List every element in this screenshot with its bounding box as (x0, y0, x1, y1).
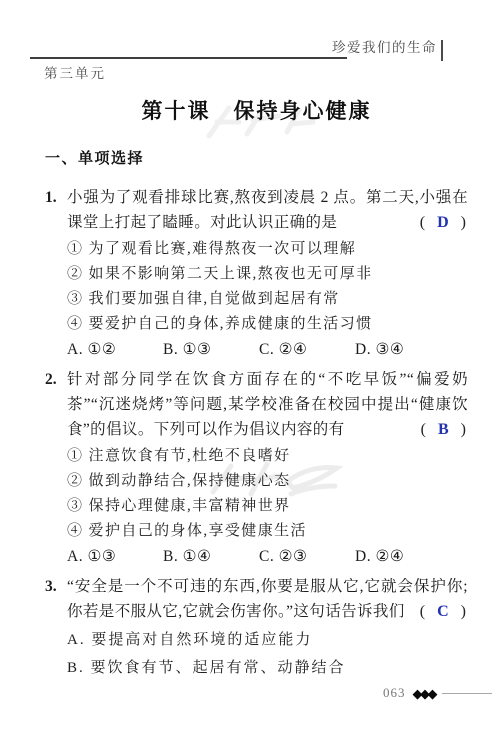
question-stem-row: 3. “安全是一个不可违的东西,你要是服从它,它就会保护你;你若是不服从它,它就… (45, 574, 468, 624)
question-stem: 针对部分同学在饮食方面存在的“不吃早饭”“偏爱奶茶”“沉迷烧烤”等问题,某学校准… (67, 367, 468, 442)
choice-d: D. ③④ (355, 337, 404, 362)
question-stem: 小强为了观看排球比赛,熬夜到凌晨 2 点。第二天,小强在课堂上打起了瞌睡。对此认… (67, 185, 468, 235)
answer-box: (D) (420, 210, 466, 235)
unit-label: 第三单元 (44, 62, 106, 82)
question-number: 1. (45, 185, 67, 235)
answer-close-paren: ) (461, 603, 466, 620)
choice-b: B. 要饮食有节、起居有常、动静结合 (67, 654, 468, 682)
stem-text: 小强为了观看排球比赛,熬夜到凌晨 2 点。第二天,小强在课堂上打起了瞌睡。对此认… (67, 189, 468, 231)
option-item: ② 做到动静结合,保持健康心态 (67, 469, 468, 494)
choice-c: C. ②④ (259, 337, 355, 362)
choices-row: A. ①② B. ①③ C. ②④ D. ③④ (67, 337, 468, 362)
answer-open-paren: ( (420, 603, 425, 620)
answer-open-paren: ( (420, 214, 425, 231)
section-heading: 一、单项选择 (45, 150, 468, 168)
question-number: 2. (45, 367, 67, 442)
lesson-title: 第十课 保持身心健康 (45, 96, 468, 126)
choice-a: A. ①② (67, 337, 163, 362)
option-item: ③ 我们要加强自律,自觉做到起居有常 (67, 287, 468, 312)
question-number: 3. (45, 574, 67, 624)
option-item: ③ 保持心理健康,丰富精神世界 (67, 494, 468, 519)
question-stem-row: 2. 针对部分同学在饮食方面存在的“不吃早饭”“偏爱奶茶”“沉迷烧烤”等问题,某… (45, 367, 468, 442)
option-item: ④ 爱护自己的身体,享受健康生活 (67, 519, 468, 544)
footer-rule (442, 693, 492, 694)
question-body: A. 要提高对自然环境的适应能力 B. 要饮食有节、起居有常、动静结合 (67, 626, 468, 682)
option-item: ① 为了观看比赛,难得熬夜一次可以理解 (67, 237, 468, 262)
question-2: 2. 针对部分同学在饮食方面存在的“不吃早饭”“偏爱奶茶”“沉迷烧烤”等问题,某… (45, 367, 468, 569)
choice-a: A. ①③ (67, 544, 163, 569)
choices-row: A. ①③ B. ①④ C. ②③ D. ②④ (67, 544, 468, 569)
answer-letter: C (437, 603, 449, 620)
workbook-page: 珍爱我们的生命 第三单元 第十课 保持身心健康 一、单项选择 1. 小强为了观看… (0, 0, 500, 746)
page-footer: 063 ◆◆◆ (383, 685, 492, 701)
question-stem-row: 1. 小强为了观看排球比赛,熬夜到凌晨 2 点。第二天,小强在课堂上打起了瞌睡。… (45, 185, 468, 235)
answer-close-paren: ) (461, 214, 466, 231)
header-rule (30, 57, 347, 59)
answer-box: (B) (421, 417, 466, 442)
option-item: ① 注意饮食有节,杜绝不良嗜好 (67, 444, 468, 469)
choice-b: B. ①③ (163, 337, 259, 362)
choice-d: D. ②④ (355, 544, 404, 569)
stem-text: 针对部分同学在饮食方面存在的“不吃早饭”“偏爱奶茶”“沉迷烧烤”等问题,某学校准… (67, 371, 468, 438)
option-item: ② 如果不影响第二天上课,熬夜也无可厚非 (67, 262, 468, 287)
choice-b: B. ①④ (163, 544, 259, 569)
answer-letter: B (438, 421, 449, 438)
choice-a: A. 要提高对自然环境的适应能力 (67, 626, 468, 654)
question-body: ① 为了观看比赛,难得熬夜一次可以理解 ② 如果不影响第二天上课,熬夜也无可厚非… (67, 237, 468, 362)
answer-box: (C) (420, 599, 466, 624)
answer-close-paren: ) (461, 421, 466, 438)
page-content: 第十课 保持身心健康 一、单项选择 1. 小强为了观看排球比赛,熬夜到凌晨 2 … (45, 96, 468, 687)
question-1: 1. 小强为了观看排球比赛,熬夜到凌晨 2 点。第二天,小强在课堂上打起了瞌睡。… (45, 185, 468, 362)
stem-text: “安全是一个不可违的东西,你要是服从它,它就会保护你;你若是不服从它,它就会伤害… (67, 578, 468, 620)
diamond-ornament-icon: ◆◆◆ (413, 687, 436, 700)
answer-letter: D (437, 214, 449, 231)
question-3: 3. “安全是一个不可违的东西,你要是服从它,它就会保护你;你若是不服从它,它就… (45, 574, 468, 682)
question-stem: “安全是一个不可违的东西,你要是服从它,它就会保护你;你若是不服从它,它就会伤害… (67, 574, 468, 624)
choice-c: C. ②③ (259, 544, 355, 569)
option-item: ④ 要爱护自己的身体,养成健康的生活习惯 (67, 312, 468, 337)
page-number: 063 (383, 685, 406, 701)
question-body: ① 注意饮食有节,杜绝不良嗜好 ② 做到动静结合,保持健康心态 ③ 保持心理健康… (67, 444, 468, 569)
answer-open-paren: ( (421, 421, 426, 438)
